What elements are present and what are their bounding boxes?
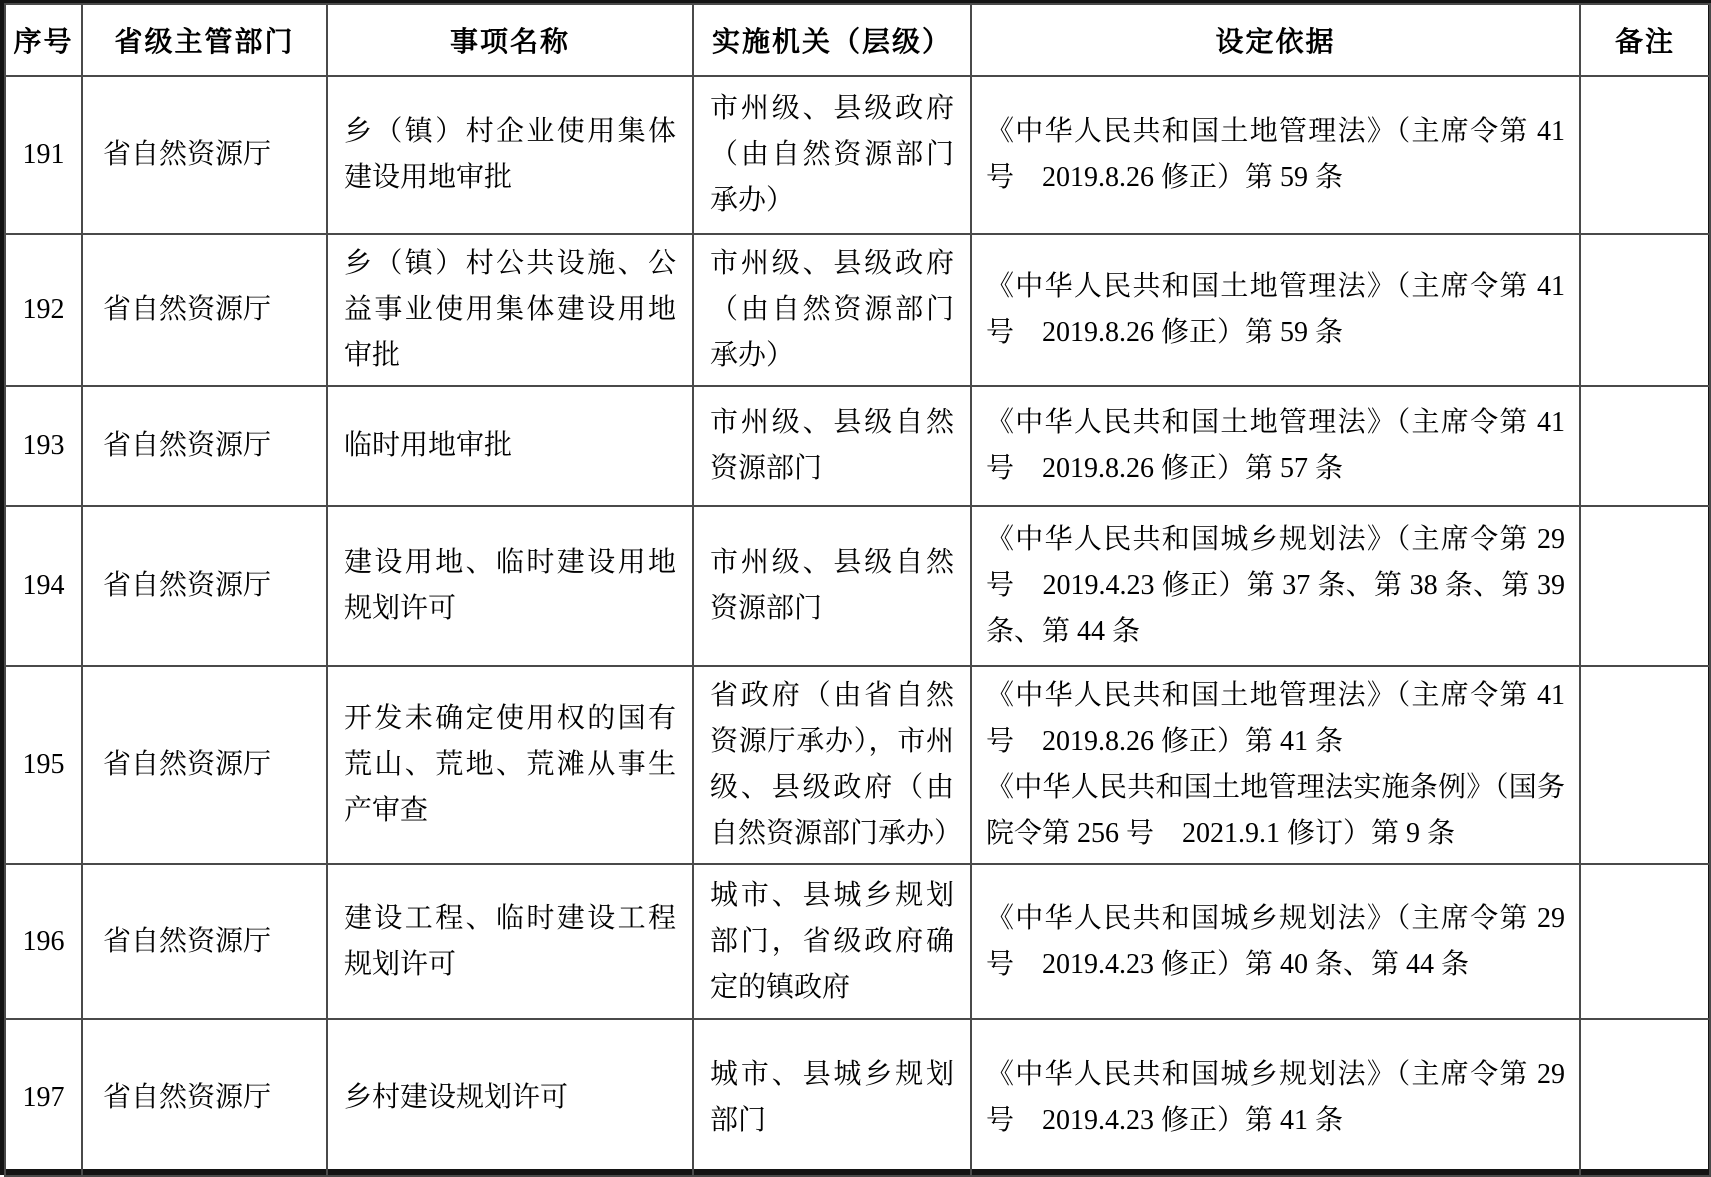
agency-cell: 市州级、县级自然资源部门 — [693, 386, 971, 506]
row-index-cell: 197 — [5, 1019, 82, 1176]
legal-basis-cell: 《中华人民共和国城乡规划法》（主席令第 29 号 2019.4.23 修正）第 … — [971, 506, 1580, 666]
department-cell: 省自然资源厅 — [82, 386, 327, 506]
row-index-cell: 195 — [5, 666, 82, 864]
approval-items-table: 序号 省级主管部门 事项名称 实施机关（层级） 设定依据 备注 191 省自然资… — [4, 3, 1711, 1177]
row-index-cell: 191 — [5, 76, 82, 234]
department-cell: 省自然资源厅 — [82, 864, 327, 1019]
table-row: 193 省自然资源厅 临时用地审批 市州级、县级自然资源部门 《中华人民共和国土… — [5, 386, 1710, 506]
legal-basis-cell: 《中华人民共和国土地管理法》（主席令第 41 号 2019.8.26 修正）第 … — [971, 234, 1580, 386]
legal-basis-cell: 《中华人民共和国城乡规划法》（主席令第 29 号 2019.4.23 修正）第 … — [971, 1019, 1580, 1176]
remarks-cell — [1580, 506, 1710, 666]
col-header-item-name: 事项名称 — [327, 4, 693, 76]
remarks-cell — [1580, 864, 1710, 1019]
remarks-cell — [1580, 666, 1710, 864]
table-row: 191 省自然资源厅 乡（镇）村企业使用集体建设用地审批 市州级、县级政府（由自… — [5, 76, 1710, 234]
legal-basis-cell: 《中华人民共和国土地管理法》（主席令第 41 号 2019.8.26 修正）第 … — [971, 386, 1580, 506]
table-row: 192 省自然资源厅 乡（镇）村公共设施、公益事业使用集体建设用地审批 市州级、… — [5, 234, 1710, 386]
table-row: 197 省自然资源厅 乡村建设规划许可 城市、县城乡规划部门 《中华人民共和国城… — [5, 1019, 1710, 1176]
item-name-cell: 乡（镇）村公共设施、公益事业使用集体建设用地审批 — [327, 234, 693, 386]
row-index-cell: 193 — [5, 386, 82, 506]
agency-cell: 省政府（由省自然资源厅承办），市州级、县级政府（由自然资源部门承办） — [693, 666, 971, 864]
agency-cell: 城市、县城乡规划部门，省级政府确定的镇政府 — [693, 864, 971, 1019]
remarks-cell — [1580, 234, 1710, 386]
legal-basis-cell: 《中华人民共和国城乡规划法》（主席令第 29 号 2019.4.23 修正）第 … — [971, 864, 1580, 1019]
document-page: 序号 省级主管部门 事项名称 实施机关（层级） 设定依据 备注 191 省自然资… — [0, 0, 1711, 1175]
item-name-cell: 开发未确定使用权的国有荒山、荒地、荒滩从事生产审查 — [327, 666, 693, 864]
remarks-cell — [1580, 386, 1710, 506]
agency-cell: 市州级、县级政府（由自然资源部门承办） — [693, 234, 971, 386]
remarks-cell — [1580, 76, 1710, 234]
col-header-department: 省级主管部门 — [82, 4, 327, 76]
department-cell: 省自然资源厅 — [82, 666, 327, 864]
department-cell: 省自然资源厅 — [82, 234, 327, 386]
item-name-cell: 临时用地审批 — [327, 386, 693, 506]
department-cell: 省自然资源厅 — [82, 76, 327, 234]
agency-cell: 市州级、县级政府（由自然资源部门承办） — [693, 76, 971, 234]
col-header-remarks: 备注 — [1580, 4, 1710, 76]
agency-cell: 市州级、县级自然资源部门 — [693, 506, 971, 666]
legal-basis-cell: 《中华人民共和国土地管理法》（主席令第 41 号 2019.8.26 修正）第 … — [971, 666, 1580, 864]
item-name-cell: 建设用地、临时建设用地规划许可 — [327, 506, 693, 666]
table-row: 196 省自然资源厅 建设工程、临时建设工程规划许可 城市、县城乡规划部门，省级… — [5, 864, 1710, 1019]
table-row: 194 省自然资源厅 建设用地、临时建设用地规划许可 市州级、县级自然资源部门 … — [5, 506, 1710, 666]
row-index-cell: 192 — [5, 234, 82, 386]
row-index-cell: 194 — [5, 506, 82, 666]
item-name-cell: 乡（镇）村企业使用集体建设用地审批 — [327, 76, 693, 234]
table-row: 195 省自然资源厅 开发未确定使用权的国有荒山、荒地、荒滩从事生产审查 省政府… — [5, 666, 1710, 864]
remarks-cell — [1580, 1019, 1710, 1176]
item-name-cell: 建设工程、临时建设工程规划许可 — [327, 864, 693, 1019]
department-cell: 省自然资源厅 — [82, 1019, 327, 1176]
approval-items-table-wrapper: 序号 省级主管部门 事项名称 实施机关（层级） 设定依据 备注 191 省自然资… — [0, 0, 1711, 1175]
col-header-agency: 实施机关（层级） — [693, 4, 971, 76]
header-row: 序号 省级主管部门 事项名称 实施机关（层级） 设定依据 备注 — [5, 4, 1710, 76]
department-cell: 省自然资源厅 — [82, 506, 327, 666]
agency-cell: 城市、县城乡规划部门 — [693, 1019, 971, 1176]
col-header-legal-basis: 设定依据 — [971, 4, 1580, 76]
row-index-cell: 196 — [5, 864, 82, 1019]
legal-basis-cell: 《中华人民共和国土地管理法》（主席令第 41 号 2019.8.26 修正）第 … — [971, 76, 1580, 234]
item-name-cell: 乡村建设规划许可 — [327, 1019, 693, 1176]
col-header-index: 序号 — [5, 4, 82, 76]
